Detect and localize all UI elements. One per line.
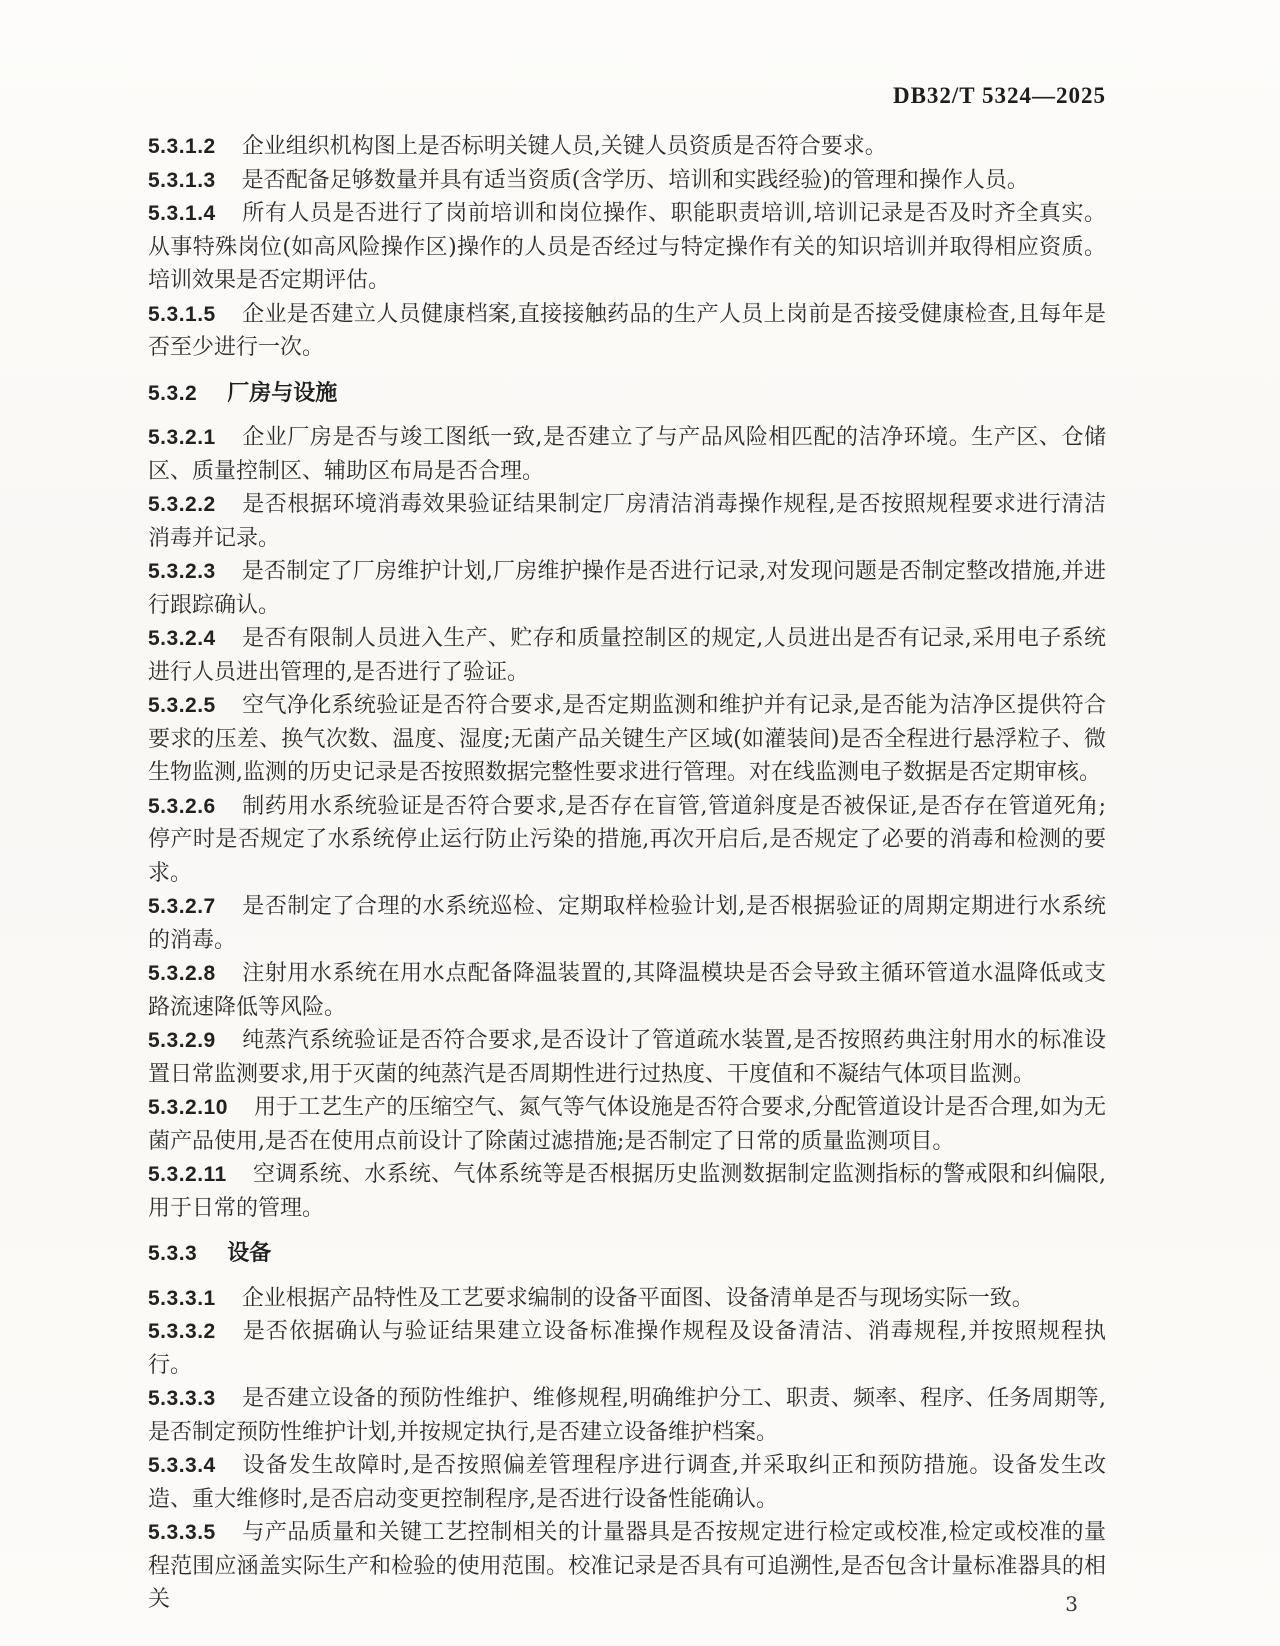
clause-text: 企业厂房是否与竣工图纸一致,是否建立了与产品风险相匹配的洁净环境。生产区、仓储区… [148, 425, 1106, 484]
clause-text: 企业组织机构图上是否标明关键人员,关键人员资质是否符合要求。 [242, 134, 887, 159]
clause-text: 企业根据产品特性及工艺要求编制的设备平面图、设备清单是否与现场实际一致。 [242, 1286, 1034, 1311]
clause-number: 5.3.3.1 [148, 1287, 216, 1310]
clause-text: 是否根据环境消毒效果验证结果制定厂房清洁消毒操作规程,是否按照规程要求进行清洁消… [148, 492, 1106, 551]
page-number: 3 [1065, 1592, 1078, 1616]
clause-text: 制药用水系统验证是否符合要求,是否存在盲管,管道斜度是否被保证,是否存在管道死角… [148, 794, 1106, 886]
section-heading-5-3-2: 5.3.2厂房与设施 [148, 376, 1106, 411]
clause-text: 是否制定了合理的水系统巡检、定期取样检验计划,是否根据验证的周期定期进行水系统的… [148, 894, 1106, 953]
page-footer: 3 [1065, 1592, 1078, 1616]
clause-number: 5.3.2.11 [148, 1163, 227, 1186]
clause-5-3-2-8: 5.3.2.8注射用水系统在用水点配备降温装置的,其降温模块是否会导致主循环管道… [148, 957, 1106, 1024]
clause-5-3-3-5: 5.3.3.5与产品质量和关键工艺控制相关的计量器具是否按规定进行检定或校准,检… [148, 1516, 1106, 1617]
clause-text: 空调系统、水系统、气体系统等是否根据历史监测数据制定监测指标的警戒限和纠偏限,用… [148, 1162, 1106, 1221]
clause-number: 5.3.2.9 [148, 1029, 216, 1052]
clause-number: 5.3.3.5 [148, 1521, 216, 1544]
clause-number: 5.3.2.10 [148, 1096, 228, 1119]
clause-5-3-2-1: 5.3.2.1企业厂房是否与竣工图纸一致,是否建立了与产品风险相匹配的洁净环境。… [148, 421, 1106, 488]
clause-text: 企业是否建立人员健康档案,直接接触药品的生产人员上岗前是否接受健康检查,且每年是… [148, 302, 1106, 361]
clause-number: 5.3.1.4 [148, 202, 216, 225]
clause-number: 5.3.2.7 [148, 895, 216, 918]
section-number: 5.3.2 [148, 382, 197, 405]
clause-5-3-3-3: 5.3.3.3是否建立设备的预防性维护、维修规程,明确维护分工、职责、频率、程序… [148, 1382, 1106, 1449]
clause-5-3-3-4: 5.3.3.4设备发生故障时,是否按照偏差管理程序进行调查,并采取纠正和预防措施… [148, 1449, 1106, 1516]
clause-5-3-3-2: 5.3.3.2是否依据确认与验证结果建立设备标准操作规程及设备清洁、消毒规程,并… [148, 1315, 1106, 1382]
clause-5-3-2-11: 5.3.2.11空调系统、水系统、气体系统等是否根据历史监测数据制定监测指标的警… [148, 1158, 1106, 1225]
section-title: 厂房与设施 [227, 380, 337, 405]
clause-text: 用于工艺生产的压缩空气、氮气等气体设施是否符合要求,分配管道设计是否合理,如为无… [148, 1095, 1106, 1154]
clause-5-3-1-3: 5.3.1.3是否配备足够数量并具有适当资质(含学历、培训和实践经验)的管理和操… [148, 164, 1106, 198]
clause-text: 设备发生故障时,是否按照偏差管理程序进行调查,并采取纠正和预防措施。设备发生改造… [148, 1453, 1106, 1512]
clause-number: 5.3.2.6 [148, 795, 216, 818]
clause-number: 5.3.2.4 [148, 627, 216, 650]
clause-5-3-2-10: 5.3.2.10用于工艺生产的压缩空气、氮气等气体设施是否符合要求,分配管道设计… [148, 1091, 1106, 1158]
page-content: DB32/T 5324—2025 5.3.1.2企业组织机构图上是否标明关键人员… [148, 82, 1106, 1617]
clause-number: 5.3.1.2 [148, 135, 216, 158]
clause-number: 5.3.3.2 [148, 1320, 216, 1343]
clause-5-3-2-5: 5.3.2.5空气净化系统验证是否符合要求,是否定期监测和维护并有记录,是否能为… [148, 689, 1106, 790]
clause-text: 是否配备足够数量并具有适当资质(含学历、培训和实践经验)的管理和操作人员。 [242, 168, 1029, 193]
clause-5-3-2-7: 5.3.2.7是否制定了合理的水系统巡检、定期取样检验计划,是否根据验证的周期定… [148, 890, 1106, 957]
clause-text: 空气净化系统验证是否符合要求,是否定期监测和维护并有记录,是否能为洁净区提供符合… [148, 693, 1106, 785]
clause-number: 5.3.2.2 [148, 493, 216, 516]
clause-text: 是否有限制人员进入生产、贮存和质量控制区的规定,人员进出是否有记录,采用电子系统… [148, 626, 1106, 685]
clause-5-3-3-1: 5.3.3.1企业根据产品特性及工艺要求编制的设备平面图、设备清单是否与现场实际… [148, 1282, 1106, 1316]
section-number: 5.3.3 [148, 1242, 197, 1265]
section-heading-5-3-3: 5.3.3设备 [148, 1236, 1106, 1271]
clause-5-3-2-3: 5.3.2.3是否制定了厂房维护计划,厂房维护操作是否进行记录,对发现问题是否制… [148, 555, 1106, 622]
standard-number: DB32/T 5324—2025 [893, 83, 1106, 108]
clause-text: 纯蒸汽系统验证是否符合要求,是否设计了管道疏水装置,是否按照药典注射用水的标准设… [148, 1028, 1106, 1087]
clause-text: 是否依据确认与验证结果建立设备标准操作规程及设备清洁、消毒规程,并按照规程执行。 [148, 1319, 1106, 1378]
clause-text: 与产品质量和关键工艺控制相关的计量器具是否按规定进行检定或校准,检定或校准的量程… [148, 1520, 1106, 1612]
clause-5-3-2-2: 5.3.2.2是否根据环境消毒效果验证结果制定厂房清洁消毒操作规程,是否按照规程… [148, 488, 1106, 555]
clause-text: 是否制定了厂房维护计划,厂房维护操作是否进行记录,对发现问题是否制定整改措施,并… [148, 559, 1106, 618]
clause-number: 5.3.1.5 [148, 303, 216, 326]
clause-number: 5.3.2.5 [148, 694, 216, 717]
clause-5-3-2-9: 5.3.2.9纯蒸汽系统验证是否符合要求,是否设计了管道疏水装置,是否按照药典注… [148, 1024, 1106, 1091]
clause-text: 是否建立设备的预防性维护、维修规程,明确维护分工、职责、频率、程序、任务周期等,… [148, 1386, 1106, 1445]
clause-number: 5.3.2.1 [148, 426, 216, 449]
clause-5-3-2-4: 5.3.2.4是否有限制人员进入生产、贮存和质量控制区的规定,人员进出是否有记录… [148, 622, 1106, 689]
clause-number: 5.3.3.4 [148, 1454, 216, 1477]
clause-5-3-1-4: 5.3.1.4所有人员是否进行了岗前培训和岗位操作、职能职责培训,培训记录是否及… [148, 197, 1106, 298]
clause-text: 所有人员是否进行了岗前培训和岗位操作、职能职责培训,培训记录是否及时齐全真实。从… [148, 201, 1106, 293]
clause-text: 注射用水系统在用水点配备降温装置的,其降温模块是否会导致主循环管道水温降低或支路… [148, 961, 1106, 1020]
clause-5-3-2-6: 5.3.2.6制药用水系统验证是否符合要求,是否存在盲管,管道斜度是否被保证,是… [148, 790, 1106, 891]
page-header: DB32/T 5324—2025 [148, 82, 1106, 110]
clause-5-3-1-2: 5.3.1.2企业组织机构图上是否标明关键人员,关键人员资质是否符合要求。 [148, 130, 1106, 164]
clause-number: 5.3.1.3 [148, 169, 216, 192]
clause-number: 5.3.2.3 [148, 560, 216, 583]
document-page: DB32/T 5324—2025 5.3.1.2企业组织机构图上是否标明关键人员… [0, 0, 1280, 1646]
clause-number: 5.3.3.3 [148, 1387, 216, 1410]
clause-number: 5.3.2.8 [148, 962, 216, 985]
section-title: 设备 [227, 1240, 271, 1265]
clause-5-3-1-5: 5.3.1.5企业是否建立人员健康档案,直接接触药品的生产人员上岗前是否接受健康… [148, 298, 1106, 365]
